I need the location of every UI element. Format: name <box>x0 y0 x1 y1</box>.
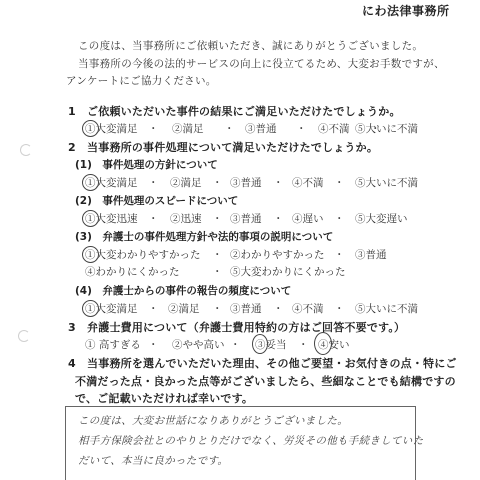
q2-1-option-4[interactable]: ④不満 <box>292 175 324 190</box>
separator: ・ <box>212 247 223 262</box>
question-2-2-title: (2) 事件処理のスピードについて <box>75 193 238 208</box>
q2-2-option-1[interactable]: ①大変迅速 <box>85 211 138 226</box>
separator: ・ <box>148 301 159 316</box>
q2-2-option-3[interactable]: ③普通 <box>230 211 262 226</box>
question-2-3-title: (3) 弁護士の事件処理方針や法的事項の説明について <box>75 229 333 244</box>
separator: ・ <box>273 301 284 316</box>
q2-4-option-5[interactable]: ⑤大いに不満 <box>355 301 418 316</box>
separator: ・ <box>296 121 307 136</box>
punch-hole-icon <box>18 330 30 342</box>
question-2-1-title: (1) 事件処理の方針について <box>75 157 218 172</box>
q2-2-option-2[interactable]: ②迅速 <box>170 211 202 226</box>
q2-4-option-3[interactable]: ③普通 <box>230 301 262 316</box>
separator: ・ <box>212 264 223 279</box>
separator: ・ <box>273 175 284 190</box>
q3-option-4[interactable]: ④安い <box>318 337 350 352</box>
intro-line-2: 当事務所の今後の法的サービスの向上に役立てるため、大変お手数ですが、 <box>78 56 445 71</box>
handwritten-line-1: この度は、大変お世話になりありがとうございました。 <box>78 413 348 428</box>
q2-3-option-2[interactable]: ②わかりやすかった <box>230 247 325 262</box>
q1-option-4[interactable]: ④不満 <box>318 121 350 136</box>
separator: ・ <box>230 337 241 352</box>
q2-3-option-1[interactable]: ①大変わかりやすかった <box>85 247 201 262</box>
q3-option-2[interactable]: ②やや高い <box>172 337 225 352</box>
q2-2-option-5[interactable]: ⑤大変遅い <box>355 211 408 226</box>
separator: ・ <box>148 121 159 136</box>
punch-hole-icon <box>20 144 32 156</box>
separator: ・ <box>334 301 345 316</box>
q2-3-option-4[interactable]: ④わかりにくかった <box>85 264 180 279</box>
separator: ・ <box>273 211 284 226</box>
q2-1-option-2[interactable]: ②満足 <box>170 175 202 190</box>
handwritten-line-3: だいて、本当に良かったです。 <box>78 453 228 468</box>
separator: ・ <box>298 337 309 352</box>
q2-1-option-3[interactable]: ③普通 <box>230 175 262 190</box>
q2-3-option-5[interactable]: ⑤大変わかりにくかった <box>230 264 346 279</box>
question-4-line-1: 4 当事務所を選んでいただいた理由、その他ご要望・お気付きの点・特にご <box>68 355 457 371</box>
question-1-title: 1 ご依頼いただいた事件の結果にご満足いただけたでしょうか。 <box>68 103 401 119</box>
separator: ・ <box>148 337 159 352</box>
comment-box[interactable]: この度は、大変お世話になりありがとうございました。 相手方保険会社とのやりとりだ… <box>65 406 416 480</box>
question-2-title: 2 当事務所の事件処理について満足いただけたでしょうか。 <box>68 139 378 155</box>
separator: ・ <box>212 301 223 316</box>
question-4-line-3: で、ご記載いただければ幸いです。 <box>75 390 253 406</box>
q2-4-option-1[interactable]: ①大変満足 <box>85 301 138 316</box>
handwritten-line-2: 相手方保険会社とのやりとりだけでなく、労災その他も手続きしていた <box>78 433 423 448</box>
separator: ・ <box>148 211 159 226</box>
separator: ・ <box>334 175 345 190</box>
intro-line-3: アンケートにご協力ください。 <box>66 73 217 88</box>
q3-option-1[interactable]: ① 高すぎる <box>85 337 141 352</box>
q1-option-1[interactable]: ①大変満足 <box>85 121 138 136</box>
separator: ・ <box>148 175 159 190</box>
separator: ・ <box>224 121 235 136</box>
q2-4-option-2[interactable]: ②満足 <box>168 301 200 316</box>
separator: ・ <box>212 175 223 190</box>
q2-1-option-5[interactable]: ⑤大いに不満 <box>355 175 418 190</box>
law-firm-name: にわ法律事務所 <box>362 2 450 19</box>
question-2-4-title: (4) 弁護士からの事件の報告の頻度について <box>75 283 291 298</box>
separator: ・ <box>334 211 345 226</box>
q1-option-2[interactable]: ②満足 <box>172 121 204 136</box>
separator: ・ <box>212 211 223 226</box>
q2-2-option-4[interactable]: ④遅い <box>292 211 324 226</box>
q2-3-option-3[interactable]: ③普通 <box>355 247 387 262</box>
q3-option-3[interactable]: ③妥当 <box>255 337 287 352</box>
question-3-title: 3 弁護士費用について（弁護士費用特約の方はご回答不要です。） <box>68 319 405 335</box>
intro-line-1: この度は、当事務所にご依頼いただき、誠にありがとうございました。 <box>78 38 423 53</box>
q1-option-3[interactable]: ③普通 <box>245 121 277 136</box>
q2-1-option-1[interactable]: ①大変満足 <box>85 175 138 190</box>
q2-4-option-4[interactable]: ④不満 <box>292 301 324 316</box>
separator: ・ <box>334 247 345 262</box>
question-4-line-2: 不満だった点・良かった点等がございましたら、些細なことでも結構ですの <box>75 373 456 389</box>
q1-option-5[interactable]: ⑤大いに不満 <box>355 121 418 136</box>
